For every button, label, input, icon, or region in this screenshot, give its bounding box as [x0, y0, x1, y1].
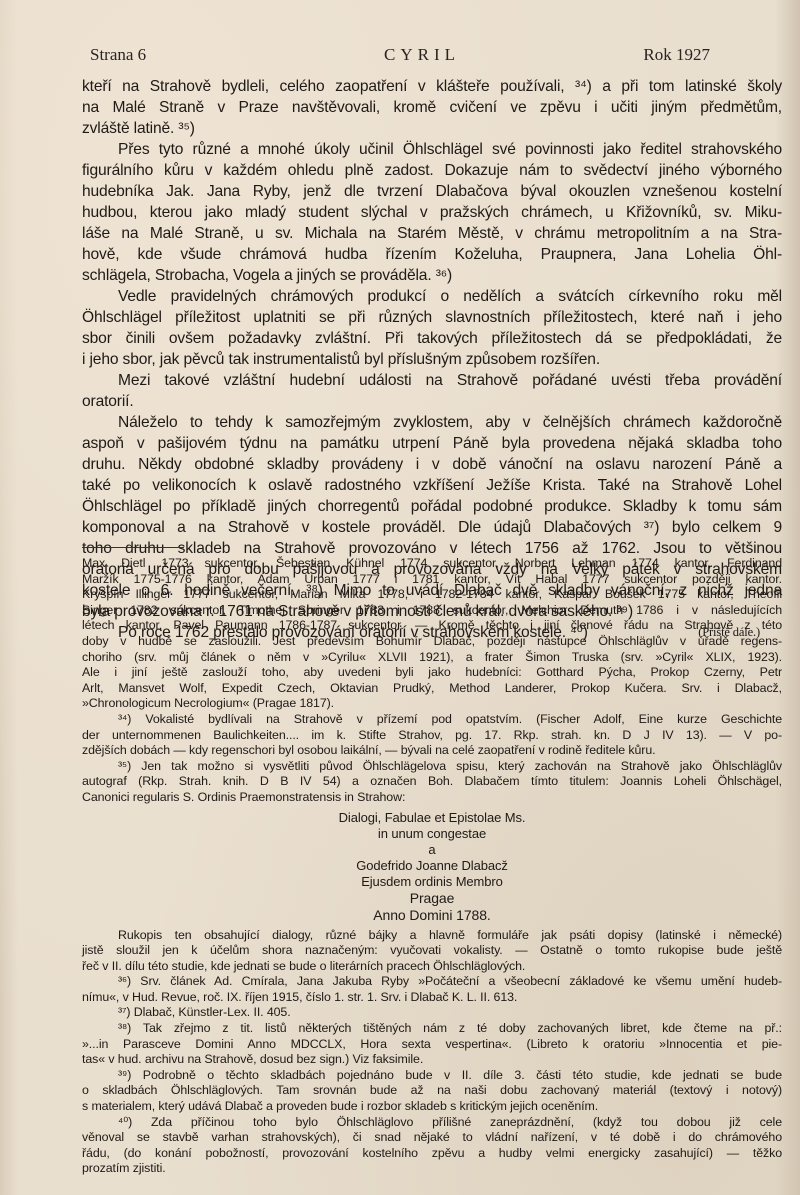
text-line: Mezi takové vzláštní hudební události na…	[82, 370, 782, 391]
footnote-line: choriho (srv. můj článek o něm v »Cyrilu…	[82, 650, 782, 666]
footnote-line: Maržík 1775-1776 kantor, Adam Urban 1777…	[82, 572, 782, 588]
text-line: druhu. Někdy obdobné skladby provádeny i…	[82, 454, 782, 475]
text-line: Přes tyto různé a mnohé úkoly učinil Öhl…	[82, 139, 782, 160]
footnote-line: létech kantor, Pavel Paumann 1786-1787 s…	[82, 618, 782, 634]
text-line: také po velikonocích k oslavě radostného…	[82, 475, 782, 496]
year-label: Rok 1927	[643, 45, 710, 65]
footnote-line: nímu«, v Hud. Revue, roč. IX. říjen 1915…	[82, 990, 782, 1006]
text-line: Öhlschlägel příležitost uplatniti se při…	[82, 307, 782, 328]
footnote-line: ³⁸) Tak zřejmo z tit. listů některých ti…	[82, 1021, 782, 1037]
footnote-line: »Chronologicum Necrologium« (Pragae 1817…	[82, 696, 782, 712]
footnote-line: in unum congestae	[82, 826, 782, 842]
text-line: Vedle pravidelných chrámových produkcí o…	[82, 286, 782, 307]
text-line: aspoň v pašijovém týdnu na památku utrpe…	[82, 433, 782, 454]
footnote-line: ⁴⁰) Zda příčinou toho bylo Öhlschläglovo…	[82, 1115, 782, 1131]
journal-title: CYRIL	[384, 45, 460, 65]
footnote-line: s materialem, který udává Dlabač a prove…	[82, 1099, 782, 1115]
footnote-line: řeč v II. dílu této studie, kde jednati …	[82, 959, 782, 975]
footnote-line: jistě sloužil jen k účelům shora naznače…	[82, 943, 782, 959]
text-line: láše na Malé Straně, u sv. Michala na St…	[82, 223, 782, 244]
footnote-line: Godefrido Joanne Dlabacž	[82, 858, 782, 874]
footnote-line: ³⁵) Jen tak možno si vysvětliti původ Öh…	[82, 759, 782, 775]
footnote-line: Arlt, Mansvet Wolf, Expedit Czech, Oktav…	[82, 681, 782, 697]
footnote-line: o skladbách Öhlschläglových. Tam srovnán…	[82, 1083, 782, 1099]
text-line: oratorií.	[82, 391, 782, 412]
text-line: na Malé Straně v Praze navštěvovali, kro…	[82, 97, 782, 118]
footnote-line: a	[82, 842, 782, 858]
page-number: Strana 6	[90, 45, 146, 65]
footnote-line: Pragae	[82, 890, 782, 907]
footnote-line: Ale i jiní ještě zaslouží toho, aby uved…	[82, 665, 782, 681]
footnote-line: doby v hudbě se zasloužili. Jest předevš…	[82, 634, 782, 650]
footnote-line: Anno Domini 1788.	[82, 907, 782, 924]
text-line: schlägela, Strobacha, Vogela a jiných se…	[82, 265, 782, 286]
footnote-line: řádu, (do konání pobožností, provozování…	[82, 1146, 782, 1162]
footnote-line: prozatím zjistiti.	[82, 1161, 782, 1177]
footnote-line: autograf (Rkp. Strah. knih. D B IV 54) a…	[82, 774, 782, 790]
footnotes: Max Dietl 1773 sukcentor, Šebestian Kühn…	[82, 556, 782, 1177]
text-line: i jeho sbor, jak pěvců tak instrumentali…	[82, 349, 782, 370]
text-line: Öhlschlägel po příkladě jiných chorregen…	[82, 496, 782, 517]
footnote-line: Singer 1782 sukcentor, Timothej Springer…	[82, 603, 782, 619]
footnote-line: ³⁴) Vokalisté bydlívali na Strahově v př…	[82, 712, 782, 728]
text-line: kteří na Strahově bydleli, celého zaopat…	[82, 76, 782, 97]
footnote-line: Max Dietl 1773 sukcentor, Šebestian Kühn…	[82, 556, 782, 572]
footnote-line: ³⁶) Srv. článek Ad. Cmírala, Jana Jakuba…	[82, 974, 782, 990]
text-line: Náleželo to tehdy k samozřejmým zvyklost…	[82, 412, 782, 433]
footnote-divider	[82, 547, 184, 548]
footnote-line: ³⁷) Dlabač, Künstler-Lex. II. 405.	[82, 1005, 782, 1021]
footnote-line: ³⁹) Podrobně o těchto skladbách pojednán…	[82, 1068, 782, 1084]
footnote-line: »...in Parasceve Domini Anno MDCCLX, Hor…	[82, 1037, 782, 1053]
text-line: hově, kde všude chrámová hudba řízením K…	[82, 244, 782, 265]
text-line: hudbou, kterou jako mladý student slýcha…	[82, 202, 782, 223]
footnote-line: Canonici regularis S. Ordinis Praemonstr…	[82, 790, 782, 806]
footnote-line: Dialogi, Fabulae et Epistolae Ms.	[82, 810, 782, 826]
text-line: sbor činili ovšem požadavky zvláštní. Př…	[82, 328, 782, 349]
footnote-line: tas« v hud. archivu na Strahově, dosud b…	[82, 1052, 782, 1068]
footnote-line: zdějších dobách — kdy regenschori byl os…	[82, 743, 782, 759]
text-line: komponoval a na Strahově v kostele prová…	[82, 517, 782, 538]
text-line: hudebníka Jak. Jana Ryby, jenž dle tvrze…	[82, 181, 782, 202]
footnote-line: der unternommenen Baulichkeiten.... im k…	[82, 728, 782, 744]
text-line: zvláště latině. ³⁵)	[82, 118, 782, 139]
scanned-page: Strana 6 CYRIL Rok 1927 kteří na Strahov…	[0, 0, 800, 1195]
text-line: figurálního kůru v každém ohledu plně za…	[82, 160, 782, 181]
footnote-line: Rukopis ten obsahující dialogy, různé bá…	[82, 928, 782, 944]
footnote-line: Ejusdem ordinis Membro	[82, 874, 782, 890]
footnote-line: Kryšpín Illinger 1777 sukcentor, Marian …	[82, 587, 782, 603]
footnote-line: věnoval se stavbě varhan strahovských), …	[82, 1130, 782, 1146]
